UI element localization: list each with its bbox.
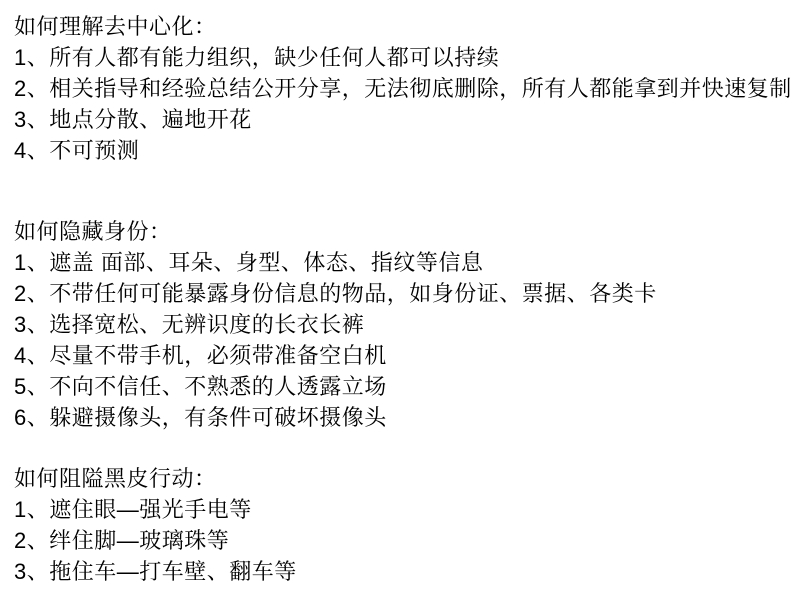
list-item: 3、拖住车—打车壁、翻车等 <box>14 556 786 587</box>
list-item: 5、不向不信任、不熟悉的人透露立场 <box>14 371 786 402</box>
text-section: 如何理解去中心化： 1、所有人都有能力组织，缺少任何人都可以持续2、相关指导和经… <box>14 11 786 166</box>
list-item: 3、选择宽松、无辨识度的长衣长裤 <box>14 309 786 340</box>
section-heading: 如何阻隘黑皮行动： <box>14 463 786 494</box>
list-item: 1、遮盖 面部、耳朵、身型、体态、指纹等信息 <box>14 247 786 278</box>
list-item: 4、不可预测 <box>14 135 786 166</box>
list-item: 1、遮住眼—强光手电等 <box>14 494 786 525</box>
list-item: 2、绊住脚—玻璃珠等 <box>14 525 786 556</box>
list-item: 3、地点分散、遍地开花 <box>14 104 786 135</box>
list-item: 2、相关指导和经验总结公开分享，无法彻底删除，所有人都能拿到并快速复制 <box>14 73 786 104</box>
list-item: 4、尽量不带手机，必须带准备空白机 <box>14 340 786 371</box>
list-item: 1、所有人都有能力组织，缺少任何人都可以持续 <box>14 42 786 73</box>
list-item: 6、躲避摄像头，有条件可破坏摄像头 <box>14 402 786 433</box>
section-heading: 如何隐藏身份： <box>14 216 786 247</box>
list-item: 2、不带任何可能暴露身份信息的物品，如身份证、票据、各类卡 <box>14 278 786 309</box>
text-section: 如何隐藏身份： 1、遮盖 面部、耳朵、身型、体态、指纹等信息2、不带任何可能暴露… <box>14 216 786 433</box>
text-section: 如何阻隘黑皮行动： 1、遮住眼—强光手电等2、绊住脚—玻璃珠等3、拖住车—打车壁… <box>14 463 786 587</box>
document-body: 如何理解去中心化： 1、所有人都有能力组织，缺少任何人都可以持续2、相关指导和经… <box>0 0 800 587</box>
section-heading: 如何理解去中心化： <box>14 11 786 42</box>
